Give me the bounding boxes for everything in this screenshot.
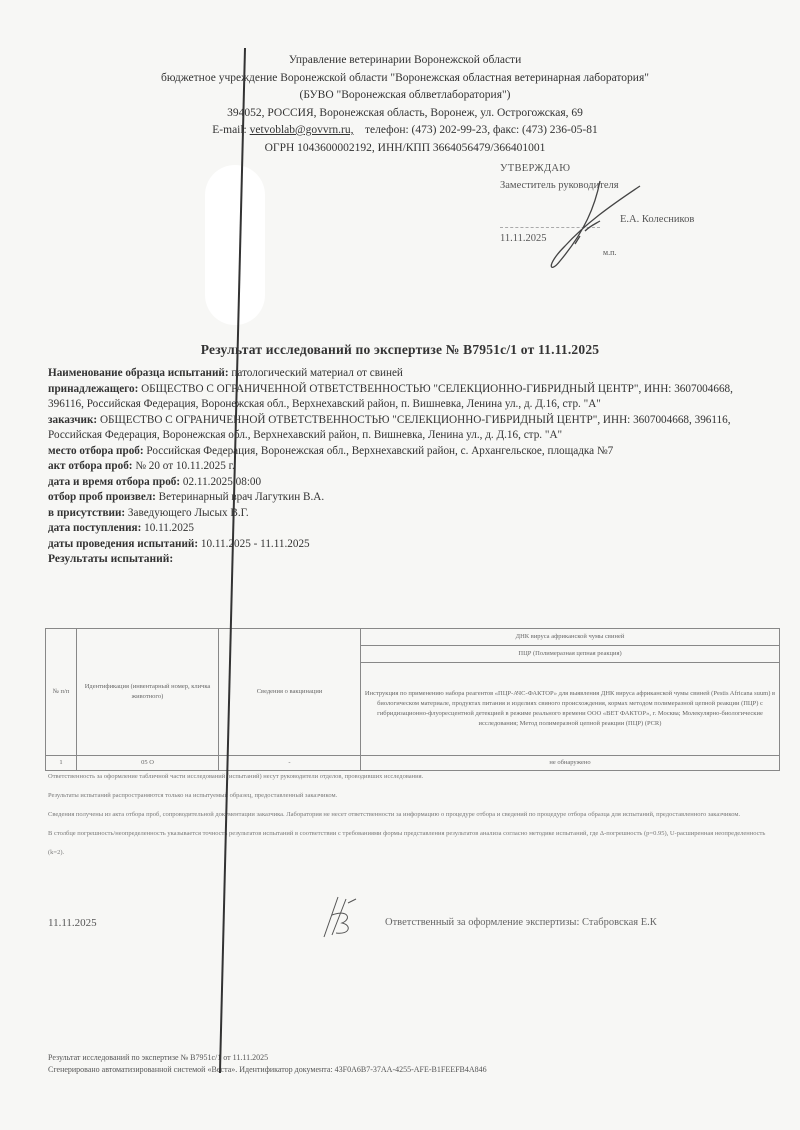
- note-item: Ответственность за оформление табличной …: [48, 767, 773, 786]
- responsible-signature-icon: [318, 895, 363, 940]
- note-item: Результаты испытаний распространяются то…: [48, 786, 773, 805]
- field-sampling-place: место отбора проб: Российская Федерация,…: [48, 444, 768, 460]
- field-label: Наименование образца испытаний:: [48, 367, 229, 379]
- field-sample-name: Наименование образца испытаний: патологи…: [48, 366, 768, 382]
- field-label: заказчик:: [48, 414, 97, 426]
- letterhead-registration: ОГРН 1043600002192, ИНН/КПП 3664056479/3…: [0, 140, 800, 158]
- field-sampling-datetime: дата и время отбора проб: 02.11.2025 08:…: [48, 475, 768, 491]
- field-label: отбор проб произвел:: [48, 491, 156, 503]
- table-header-row: № п/п Идентификация (инвентарный номер, …: [46, 629, 780, 646]
- field-label: акт отбора проб:: [48, 460, 133, 472]
- letterhead-institution: бюджетное учреждение Воронежской области…: [0, 70, 800, 88]
- col-target-header: ДНК вируса африканской чумы свиней: [361, 629, 780, 646]
- field-label: в присутствии:: [48, 507, 125, 519]
- redacted-area: [205, 165, 265, 325]
- results-table: № п/п Идентификация (инвентарный номер, …: [45, 628, 780, 771]
- col-method-header: ПЦР (Полимеразная цепная реакция): [361, 646, 780, 663]
- field-label: дата и время отбора проб:: [48, 476, 180, 488]
- field-owner: принадлежащего: ОБЩЕСТВО С ОГРАНИЧЕННОЙ …: [48, 382, 768, 413]
- field-test-dates: даты проведения испытаний: 10.11.2025 - …: [48, 537, 768, 553]
- note-item: Сведения получены из акта отбора проб, с…: [48, 805, 773, 824]
- note-item: В столбце погрешность/неопределенность у…: [48, 824, 773, 862]
- field-label: дата поступления:: [48, 522, 141, 534]
- field-sampling-act: акт отбора проб: № 20 от 10.11.2025 г.: [48, 459, 768, 475]
- responsible-person: Ответственный за оформление экспертизы: …: [385, 917, 657, 928]
- field-label: место отбора проб:: [48, 445, 144, 457]
- field-value: 10.11.2025: [141, 522, 194, 534]
- field-customer: заказчик: ОБЩЕСТВО С ОГРАНИЧЕННОЙ ОТВЕТС…: [48, 413, 768, 444]
- footer-generated-by: Сгенерировано автоматизированной системо…: [48, 1064, 487, 1076]
- document-footer: Результат исследований по экспертизе № В…: [48, 1052, 487, 1076]
- letterhead-contacts: E-mail: vetvoblab@govvrn.ru, телефон: (4…: [0, 122, 800, 140]
- field-value: ОБЩЕСТВО С ОГРАНИЧЕННОЙ ОТВЕТСТВЕННОСТЬЮ…: [48, 414, 731, 442]
- col-vacc-header: Сведения о вакцинации: [219, 629, 361, 756]
- field-value: патологический материал от свиней: [229, 367, 403, 379]
- field-label: даты проведения испытаний:: [48, 538, 198, 550]
- phones: телефон: (473) 202-99-23, факс: (473) 23…: [365, 124, 598, 136]
- letterhead-address: 394052, РОССИЯ, Воронежская область, Вор…: [0, 105, 800, 123]
- field-value: Ветеринарный врач Лагуткин В.А.: [156, 491, 324, 503]
- field-witness: в присутствии: Заведующего Лысых В.Г.: [48, 506, 768, 522]
- notes: Ответственность за оформление табличной …: [48, 767, 773, 862]
- field-value: № 20 от 10.11.2025 г.: [133, 460, 235, 472]
- document-title: Результат исследований по экспертизе № В…: [0, 342, 800, 358]
- field-value: 10.11.2025 - 11.11.2025: [198, 538, 310, 550]
- col-ident-header: Идентификация (инвентарный номер, кличка…: [77, 629, 219, 756]
- field-received-date: дата поступления: 10.11.2025: [48, 521, 768, 537]
- letterhead-authority: Управление ветеринарии Воронежской облас…: [0, 52, 800, 70]
- document-page: Управление ветеринарии Воронежской облас…: [0, 0, 800, 1130]
- field-label: принадлежащего:: [48, 383, 138, 395]
- approval-title: УТВЕРЖДАЮ: [500, 160, 694, 177]
- footer-reference: Результат исследований по экспертизе № В…: [48, 1052, 487, 1064]
- col-doc-header: Инструкция по применению набора реагенто…: [361, 663, 780, 756]
- field-sampled-by: отбор проб произвел: Ветеринарный врач Л…: [48, 490, 768, 506]
- field-value: Заведующего Лысых В.Г.: [125, 507, 249, 519]
- approver-signature-icon: [540, 176, 650, 276]
- signoff-date: 11.11.2025: [48, 917, 97, 929]
- email-link[interactable]: vetvoblab@govvrn.ru,: [250, 124, 354, 136]
- field-value: ОБЩЕСТВО С ОГРАНИЧЕННОЙ ОТВЕТСТВЕННОСТЬЮ…: [48, 383, 733, 411]
- field-value: Российская Федерация, Воронежская обл., …: [144, 445, 614, 457]
- results-heading: Результаты испытаний:: [48, 552, 768, 568]
- field-value: 02.11.2025 08:00: [180, 476, 261, 488]
- letterhead-short-name: (БУВО "Воронежская облветлаборатория"): [0, 87, 800, 105]
- sample-details: Наименование образца испытаний: патологи…: [48, 366, 768, 568]
- col-num-header: № п/п: [46, 629, 77, 756]
- letterhead: Управление ветеринарии Воронежской облас…: [0, 52, 800, 157]
